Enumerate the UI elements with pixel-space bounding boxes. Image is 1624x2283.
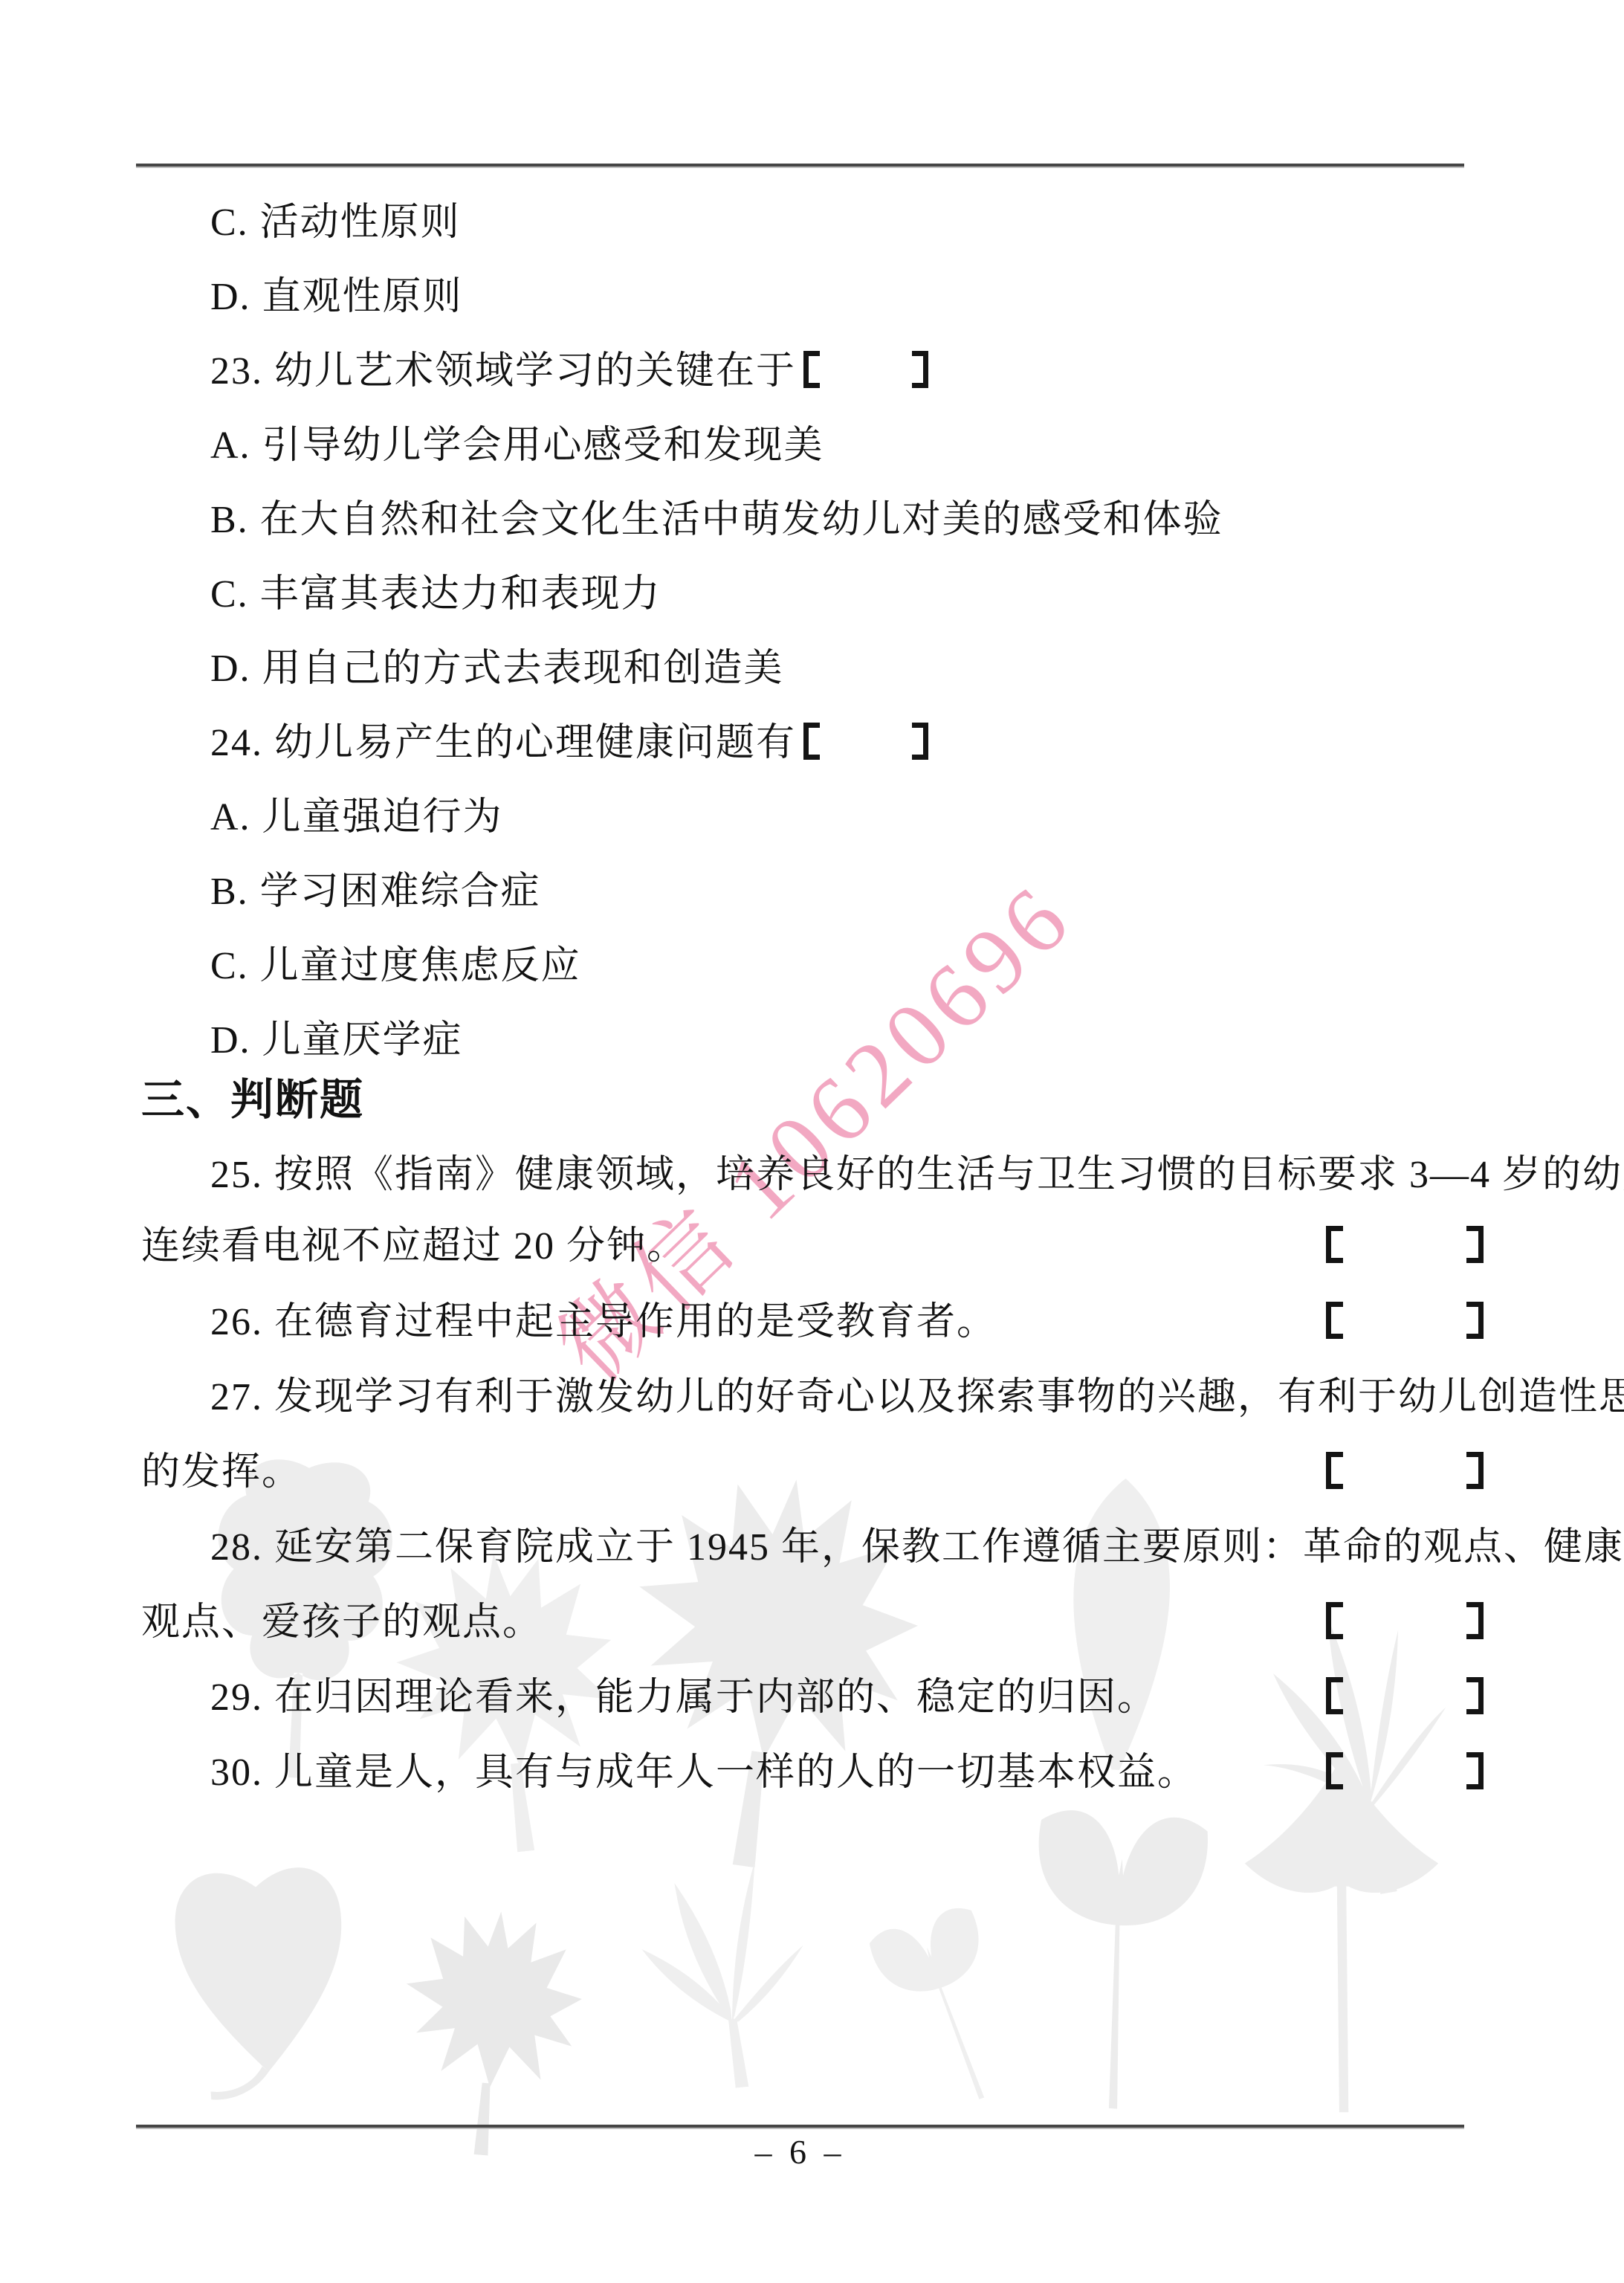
answer-bracket	[1326, 1226, 1484, 1263]
line-text: 连续看电视不应超过 20 分钟。	[141, 1225, 687, 1268]
line-text: 28. 延安第二保育院成立于 1945 年，保教工作遵循主要原则：革命的观点、健…	[210, 1526, 1624, 1569]
judgment-question-line: 25. 按照《指南》健康领域，培养良好的生活与卫生习惯的目标要求 3—4 岁的幼…	[210, 1153, 1624, 1198]
content-layer: C. 活动性原则D. 直观性原则23. 幼儿艺术领域学习的关键在于A. 引导幼儿…	[0, 0, 1624, 2283]
question-line: 23. 幼儿艺术领域学习的关键在于	[210, 349, 928, 394]
line-text: 27. 发现学习有利于激发幼儿的好奇心以及探索事物的兴趣，有利于幼儿创造性思维	[210, 1376, 1624, 1418]
judgment-continuation-line: 连续看电视不应超过 20 分钟。	[141, 1224, 687, 1269]
line-text: 23. 幼儿艺术领域学习的关键在于	[210, 350, 796, 393]
option-line: C. 丰富其表达力和表现力	[210, 572, 661, 617]
option-line: C. 儿童过度焦虑反应	[210, 944, 581, 989]
option-line: B. 在大自然和社会文化生活中萌发幼儿对美的感受和体验	[210, 498, 1223, 543]
judgment-continuation-line: 观点、爱孩子的观点。	[141, 1601, 543, 1645]
line-text: 的发挥。	[141, 1451, 302, 1494]
line-text: D. 儿童厌学症	[210, 1019, 463, 1062]
answer-bracket	[803, 723, 928, 760]
option-line: A. 引导幼儿学会用心感受和发现美	[210, 424, 824, 468]
header-rule	[136, 164, 1464, 167]
option-line: D. 用自己的方式去表现和创造美	[210, 647, 784, 691]
option-line: C. 活动性原则	[210, 201, 461, 245]
judgment-continuation-line: 的发挥。	[141, 1450, 302, 1495]
line-text: A. 儿童强迫行为	[210, 796, 503, 839]
line-text: C. 丰富其表达力和表现力	[210, 573, 661, 616]
answer-bracket	[1326, 1302, 1484, 1339]
line-text: C. 活动性原则	[210, 201, 461, 244]
line-text: D. 用自己的方式去表现和创造美	[210, 648, 784, 690]
option-line: A. 儿童强迫行为	[210, 795, 503, 840]
answer-bracket	[1326, 1602, 1484, 1639]
answer-bracket	[1326, 1752, 1484, 1789]
section-heading: 三、判断题	[141, 1076, 364, 1124]
line-text: 观点、爱孩子的观点。	[141, 1601, 543, 1644]
line-text: D. 直观性原则	[210, 276, 463, 318]
footer-rule	[136, 2125, 1464, 2128]
judgment-question-line: 30. 儿童是人，具有与成年人一样的人的一切基本权益。	[210, 1751, 1197, 1795]
option-line: B. 学习困难综合症	[210, 870, 541, 914]
line-text: 24. 幼儿易产生的心理健康问题有	[210, 722, 796, 764]
answer-bracket	[803, 351, 928, 388]
line-text: 30. 儿童是人，具有与成年人一样的人的一切基本权益。	[210, 1751, 1197, 1794]
judgment-question-line: 28. 延安第二保育院成立于 1945 年，保教工作遵循主要原则：革命的观点、健…	[210, 1525, 1624, 1570]
line-text: 26. 在德育过程中起主导作用的是受教育者。	[210, 1301, 997, 1343]
answer-bracket	[1326, 1452, 1484, 1489]
question-line: 24. 幼儿易产生的心理健康问题有	[210, 721, 928, 766]
answer-bracket	[1326, 1677, 1484, 1714]
line-text: A. 引导幼儿学会用心感受和发现美	[210, 424, 824, 467]
judgment-question-line: 26. 在德育过程中起主导作用的是受教育者。	[210, 1300, 997, 1345]
option-line: D. 儿童厌学症	[210, 1018, 463, 1063]
judgment-question-line: 27. 发现学习有利于激发幼儿的好奇心以及探索事物的兴趣，有利于幼儿创造性思维	[210, 1375, 1624, 1420]
line-text: C. 儿童过度焦虑反应	[210, 945, 581, 987]
option-line: D. 直观性原则	[210, 275, 463, 320]
line-text: B. 在大自然和社会文化生活中萌发幼儿对美的感受和体验	[210, 499, 1223, 541]
page-number: – 6 –	[136, 2132, 1464, 2171]
exam-page: 微信 10620696 C. 活动性原则D. 直观性原则23. 幼儿艺术领域学习…	[0, 0, 1624, 2283]
line-text: 25. 按照《指南》健康领域，培养良好的生活与卫生习惯的目标要求 3—4 岁的幼…	[210, 1154, 1624, 1196]
line-text: B. 学习困难综合症	[210, 871, 541, 913]
line-text: 29. 在归因理论看来，能力属于内部的、稳定的归因。	[210, 1676, 1157, 1719]
judgment-question-line: 29. 在归因理论看来，能力属于内部的、稳定的归因。	[210, 1676, 1157, 1720]
